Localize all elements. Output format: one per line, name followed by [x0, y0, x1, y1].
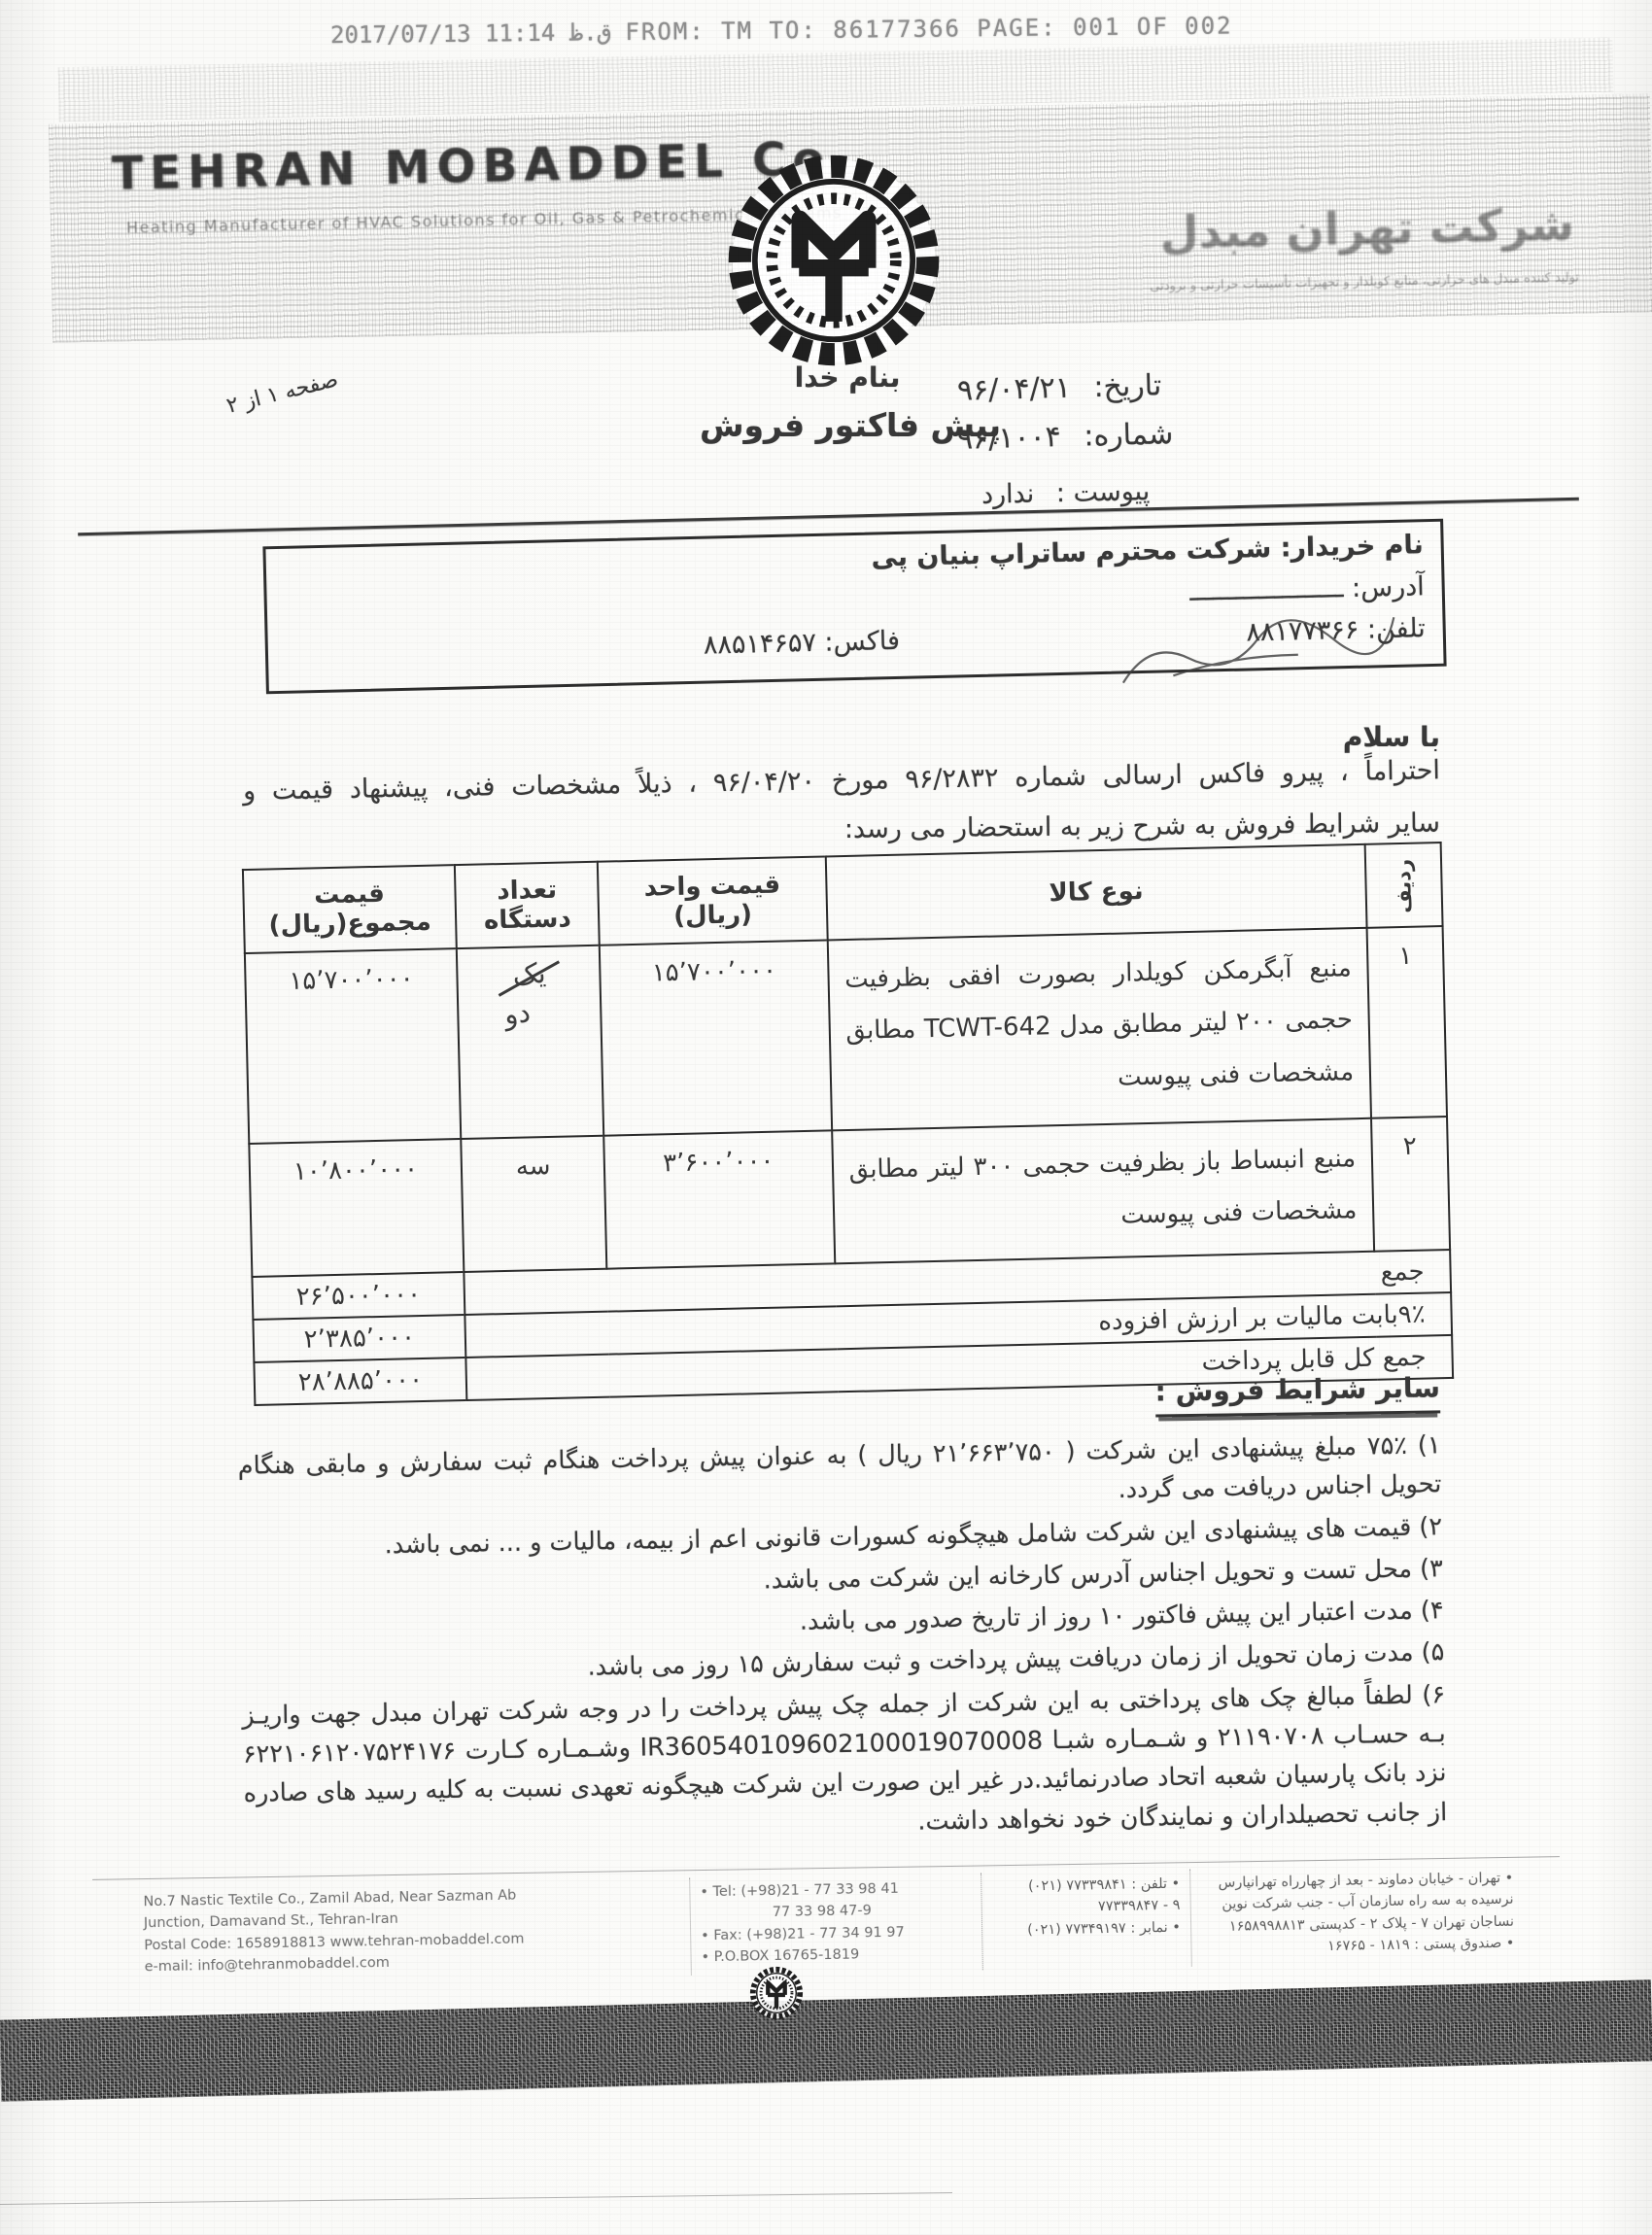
greeting-text: با سلام	[243, 721, 1440, 753]
letterhead-footer: No.7 Nastic Textile Co., Zamil Abad, Nea…	[133, 1864, 1525, 1985]
row1-quantity: یک دو	[457, 946, 604, 1139]
column-header-row-number: ردیف	[1365, 842, 1443, 928]
date-label: تاریخ:	[1093, 368, 1162, 404]
date-value: ۹۶/۰۴/۲۱	[957, 371, 1072, 408]
row1-quantity-crossed-out: یک	[511, 956, 547, 992]
term-item-6: ۶) لطفاً مبالغ چک های پرداختی به این شرک…	[242, 1675, 1448, 1853]
company-logo-gear-tm-icon	[721, 148, 946, 373]
number-value: ۹۶/۱۰۰۴	[957, 420, 1062, 457]
scan-noise-band-bottom	[0, 1979, 1652, 2102]
attachment-label: پیوست :	[1056, 476, 1151, 508]
subtotal-value: ۲۶٬۵۰۰٬۰۰۰	[252, 1272, 465, 1320]
buyer-fax-label: فاکس:	[824, 626, 900, 658]
number-label: شماره:	[1084, 417, 1174, 453]
salutation-line-1: احتراماً ، پیرو فاکس ارسالی شماره ۹۶/۲۸۳…	[243, 755, 1440, 806]
terms-list: ۱) ۷۵٪ مبلغ پیشنهادی این شرکت ( ۲۱٬۶۶۳٬۷…	[237, 1426, 1447, 1855]
footer-persian-contact: • تلفن : ۷۷۳۳۹۸۴۱ (۰۲۱) ۹ - ۷۷۳۳۹۸۴۷ • ن…	[981, 1870, 1190, 1971]
column-header-item-type: نوع کالا	[825, 844, 1367, 941]
salutation-line-2: سایر شرایط فروش به شرح زیر به استحضار می…	[243, 808, 1440, 851]
scan-artifact-line	[0, 2192, 952, 2205]
buyer-name-value: شرکت محترم ساتراپ بنیان پی	[871, 533, 1271, 573]
row1-total-price: ۱۵٬۷۰۰٬۰۰۰	[245, 948, 461, 1144]
buyer-fax-value: ۸۸۵۱۴۶۵۷	[704, 628, 817, 661]
quotation-items-table: ردیف نوع کالا قیمت واحد (ریال) تعداد دست…	[242, 842, 1454, 1405]
buyer-fax-field: فاکس: ۸۸۵۱۴۶۵۷	[704, 626, 901, 661]
footer-gear-logo-icon	[748, 1965, 805, 2021]
footer-english-contact: • Tel: (+98)21 - 77 33 98 41 77 33 98 47…	[689, 1873, 982, 1975]
row2-unit-price: ۳٬۶۰۰٬۰۰۰	[604, 1130, 835, 1268]
attachment-field: پیوست : ندارد	[981, 476, 1151, 510]
page-number-note: صفحه ۱ از ۲	[224, 367, 341, 419]
number-field: شماره: ۹۶/۱۰۰۴	[957, 417, 1174, 457]
column-header-total-price: قیمت مجموع(ریال)	[243, 865, 457, 953]
row1-description: منبع آبگرمکن کویلدار بصورت افقی بظرفیت ح…	[827, 928, 1371, 1131]
row2-description: منبع انبساط باز بظرفیت حجمی ۳۰۰ لیتر مطا…	[832, 1118, 1375, 1263]
row1-quantity-handwritten: دو	[466, 990, 567, 1037]
column-header-quantity: تعداد دستگاه	[455, 862, 600, 948]
attachment-value: ندارد	[981, 479, 1035, 510]
column-header-unit-price: قیمت واحد (ریال)	[598, 856, 827, 945]
table-row: ۱ منبع آبگرمکن کویلدار بصورت افقی بظرفیت…	[245, 926, 1447, 1144]
vat-value: ۲٬۳۸۵٬۰۰۰	[253, 1315, 465, 1362]
row1-number: ۱	[1367, 926, 1447, 1118]
row2-number: ۲	[1371, 1117, 1450, 1251]
footer-english-address: No.7 Nastic Textile Co., Zamil Abad, Nea…	[133, 1878, 691, 1985]
bismillah-text: بنام خدا	[721, 361, 974, 394]
date-field: تاریخ: ۹۶/۰۴/۲۱	[957, 368, 1162, 407]
row2-total-price: ۱۰٬۸۰۰٬۰۰۰	[249, 1139, 464, 1277]
buyer-name-label: نام خریدار:	[1280, 530, 1424, 563]
row2-quantity: سه	[461, 1136, 607, 1272]
row1-unit-price: ۱۵٬۷۰۰٬۰۰۰	[600, 940, 831, 1135]
footer-persian-address: • تهران - خیابان دماوند - بعد از چهارراه…	[1189, 1864, 1525, 1967]
scanned-fax-page: 2017/07/13 ق.ظ 11:14 FROM: TM TO: 861773…	[0, 0, 1652, 2235]
buyer-address-value: ــــــــــــــــــــ	[1189, 573, 1344, 607]
